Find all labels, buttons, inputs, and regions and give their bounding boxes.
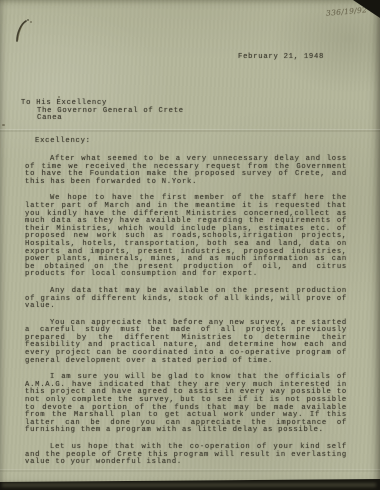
paragraph-5: I am sure you will be glad to know that … bbox=[25, 374, 347, 435]
salutation: Excellency: bbox=[35, 138, 91, 146]
paper-speck bbox=[58, 96, 60, 98]
paper-speck bbox=[2, 124, 5, 126]
paragraph-1: After what seemed to be a very unnecessa… bbox=[25, 156, 347, 186]
paragraph-4: You can appreciate that before any new s… bbox=[25, 320, 347, 366]
letter-date: February 21, 1948 bbox=[238, 54, 324, 62]
paragraph-6: Let us hope that with the co-operation o… bbox=[25, 444, 347, 467]
letter-page: 336/19/92 February 21, 1948 To His Excel… bbox=[0, 0, 380, 490]
paragraph-3: Any data that may be available on the pr… bbox=[25, 288, 347, 311]
paper-crease bbox=[0, 129, 380, 132]
letter-body: After what seemed to be a very unnecessa… bbox=[25, 156, 347, 476]
scan-edge-streak bbox=[2, 483, 376, 487]
paragraph-2: We hope to have the first member of the … bbox=[25, 195, 347, 279]
pencil-file-annotation: 336/19/92 bbox=[326, 5, 368, 18]
paper-speck bbox=[30, 21, 32, 23]
recipient-line-city: Canea bbox=[37, 115, 184, 123]
recipient-address-block: To His Excellency The Governor General o… bbox=[21, 100, 184, 123]
